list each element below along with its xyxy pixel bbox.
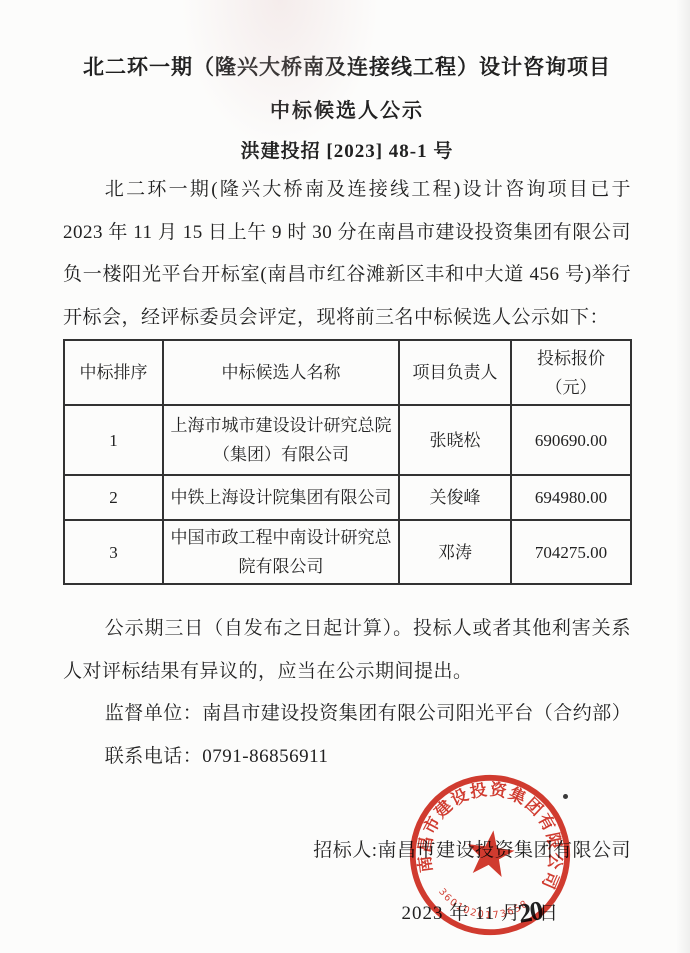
cell-manager: 张晓松 (399, 405, 511, 475)
cell-price: 704275.00 (511, 520, 631, 584)
cell-company: 中铁上海设计院集团有限公司 (163, 475, 399, 520)
cell-rank: 1 (64, 405, 163, 475)
document-title-line2: 中标候选人公示 (63, 96, 631, 126)
supervisor-line: 监督单位：南昌市建设投资集团有限公司阳光平台（合约部） (63, 693, 631, 736)
document-title-line1: 北二环一期（隆兴大桥南及连接线工程）设计咨询项目 (63, 52, 631, 82)
table-row: 1 上海市城市建设设计研究总院（集团）有限公司 张晓松 690690.00 (64, 405, 631, 475)
table-row: 3 中国市政工程中南设计研究总院有限公司 邓涛 704275.00 (64, 520, 631, 584)
cell-manager: 关俊峰 (399, 475, 511, 520)
announcement-document: 北二环一期（隆兴大桥南及连接线工程）设计咨询项目 中标候选人公示 洪建投招 [2… (0, 0, 690, 953)
handwritten-day: 20 (515, 889, 545, 935)
cell-rank: 2 (64, 475, 163, 520)
cell-price: 690690.00 (511, 405, 631, 475)
bid-candidates-table: 中标排序 中标候选人名称 项目负责人 投标报价（元） 1 上海市城市建设设计研究… (63, 339, 632, 585)
date-prefix: 2023 年 11 月 (401, 903, 521, 924)
table-header-row: 中标排序 中标候选人名称 项目负责人 投标报价（元） (64, 340, 631, 405)
date-line: 2023 年 11 月20日 (63, 889, 631, 936)
document-number: 洪建投招 [2023] 48-1 号 (63, 137, 631, 167)
header-company: 中标候选人名称 (163, 340, 399, 405)
header-price: 投标报价（元） (511, 340, 631, 405)
cell-company: 中国市政工程中南设计研究总院有限公司 (163, 520, 399, 584)
scan-dot (563, 794, 568, 799)
table-row: 2 中铁上海设计院集团有限公司 关俊峰 694980.00 (64, 475, 631, 520)
header-manager: 项目负责人 (399, 340, 511, 405)
cell-company: 上海市城市建设设计研究总院（集团）有限公司 (163, 405, 399, 475)
cell-manager: 邓涛 (399, 520, 511, 584)
tenderer-line: 招标人:南昌市建设投资集团有限公司 (63, 830, 631, 873)
cell-rank: 3 (64, 520, 163, 584)
notice-paragraph: 公示期三日（自发布之日起计算）。投标人或者其他利害关系人对评标结果有异议的，应当… (63, 608, 631, 693)
intro-paragraph: 北二环一期(隆兴大桥南及连接线工程)设计咨询项目已于 2023 年 11 月 1… (63, 169, 631, 339)
phone-line: 联系电话：0791-86856911 (63, 736, 631, 779)
cell-price: 694980.00 (511, 475, 631, 520)
header-rank: 中标排序 (64, 340, 163, 405)
scan-edge-shadow (676, 0, 690, 953)
